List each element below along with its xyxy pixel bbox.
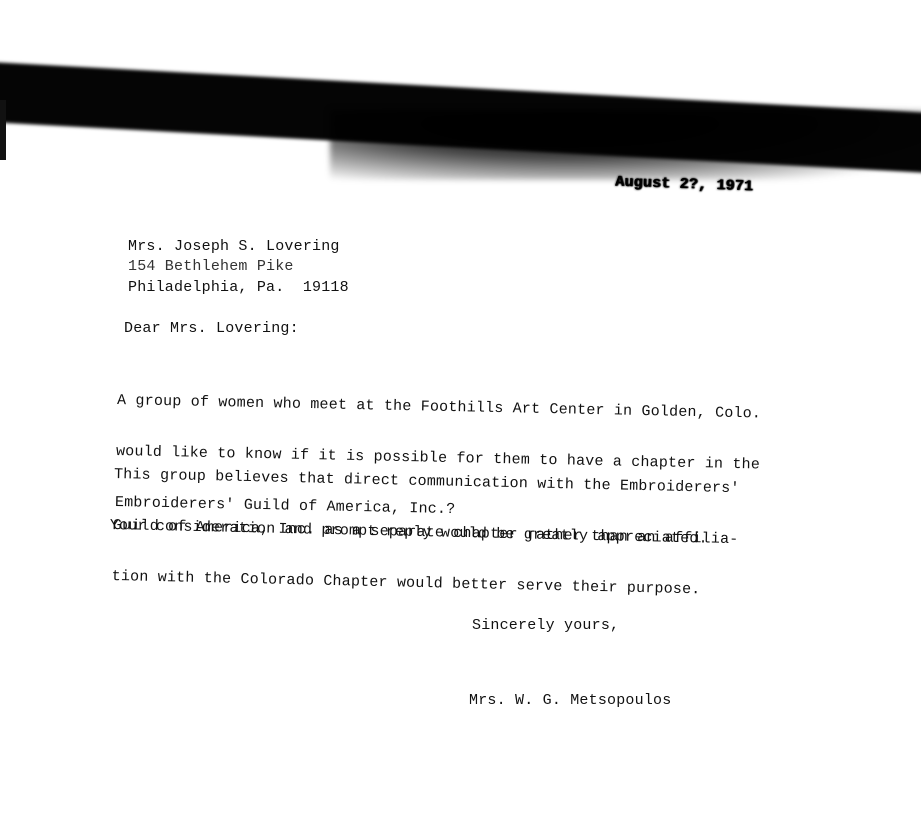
salutation: Dear Mrs. Lovering: xyxy=(124,320,299,337)
recipient-name: Mrs. Joseph S. Lovering xyxy=(128,238,340,255)
paragraph-2-line: tion with the Colorado Chapter would bet… xyxy=(112,568,738,599)
photocopy-smudge-shadow xyxy=(330,110,921,180)
paragraph-1-line: A group of women who meet at the Foothil… xyxy=(117,392,761,422)
closing: Sincerely yours, xyxy=(472,617,619,634)
letter-date: August 2?, 1971 xyxy=(615,174,754,196)
page-edge-mark xyxy=(0,100,6,160)
paragraph-2-line: This group believes that direct communic… xyxy=(114,466,740,497)
recipient-city: Philadelphia, Pa. 19118 xyxy=(128,279,349,296)
letter-page: August 2?, 1971 Mrs. Joseph S. Lovering … xyxy=(0,0,921,840)
signature-name: Mrs. W. G. Metsopoulos xyxy=(469,692,671,709)
recipient-street: 154 Bethlehem Pike xyxy=(128,258,294,275)
